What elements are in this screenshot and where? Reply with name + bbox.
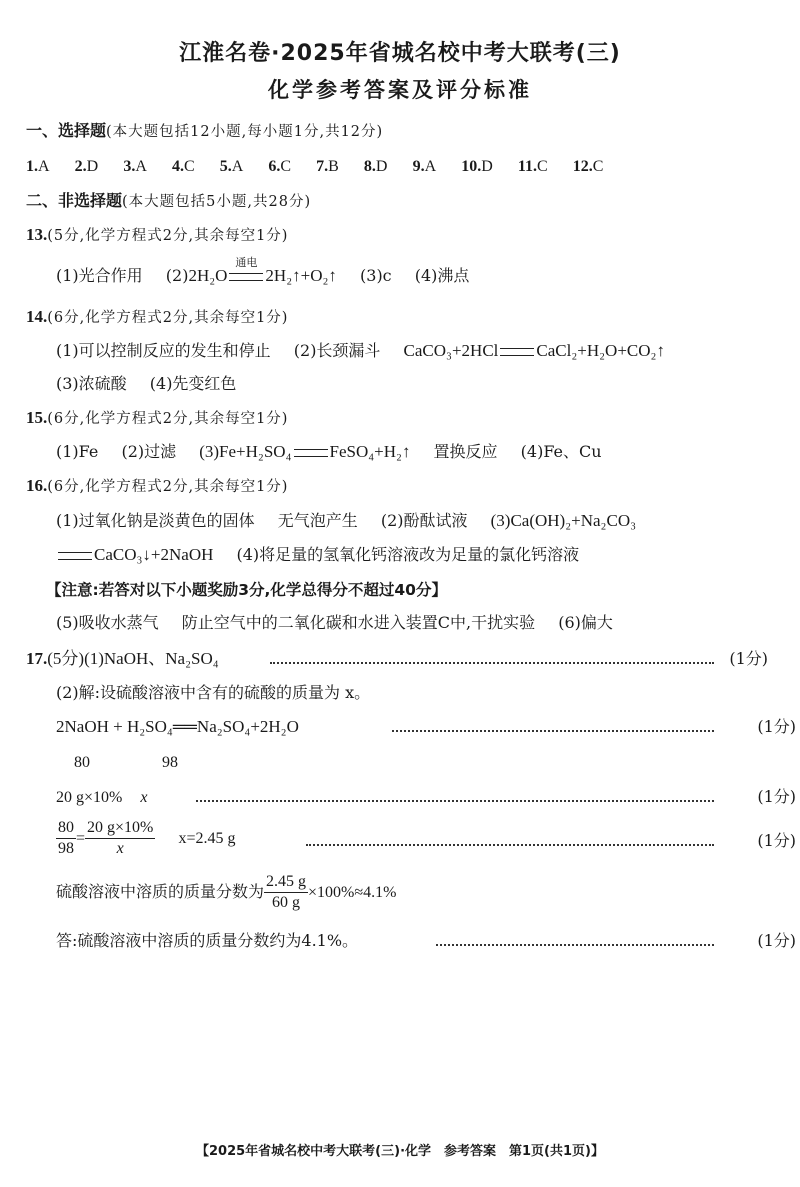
q16-answers-line3: (5)吸收水蒸气 防止空气中的二氧化碳和水进入装置C中,干扰实验 (6)偏大 [56, 612, 613, 634]
page-footer: 【2025年省城名校中考大联考(三)·化学 参考答案 第1页(共1页)】 [0, 1140, 800, 1159]
leader-dots [270, 662, 714, 664]
mc-answer: 10.D [461, 155, 493, 178]
document-subtitle: 化学参考答案及评分标准 [0, 74, 800, 104]
mc-answer: 4.C [172, 155, 195, 178]
section2-note: (本大题包括5小题,共28分) [122, 194, 311, 210]
q14-answers-line2: (3)浓硫酸 (4)先变红色 [56, 373, 236, 395]
q15-header: 15.(6分,化学方程式2分,其余每空1分) [26, 407, 288, 430]
q13-answers: (1)光合作用 (2)2H₂O通电2H₂↑+O₂↑ (3)c (4)沸点 [56, 265, 469, 287]
mass-fraction: 2.45 g60 g [264, 872, 308, 913]
mc-answer: 2.D [75, 155, 99, 178]
leader-dots [436, 944, 714, 946]
mc-answer: 12.C [573, 155, 604, 178]
q15-answers: (1)Fe (2)过滤 (3)Fe+H₂SO₄FeSO₄+H₂↑ 置换反应 (4… [56, 441, 602, 463]
mc-answer-row: 1.A 2.D 3.A 4.C 5.A 6.C 7.B 8.D 9.A 10.D… [26, 155, 623, 178]
leader-dots [392, 730, 714, 732]
equation-sign [58, 552, 92, 560]
section2-heading: 二、非选择题 [26, 191, 122, 210]
mc-answer: 3.A [123, 155, 147, 178]
q16-header: 16.(6分,化学方程式2分,其余每空1分) [26, 475, 288, 498]
section2-header: 二、非选择题(本大题包括5小题,共28分) [26, 190, 311, 213]
mc-answer: 5.A [220, 155, 244, 178]
q13-header: 13.(5分,化学方程式2分,其余每空1分) [26, 224, 288, 247]
ratio-left: 8098 [56, 818, 76, 859]
equation-sign: 通电 [229, 273, 263, 281]
mc-answer: 7.B [316, 155, 339, 178]
q17-mass-row: 20 g×10%x (1分) [56, 786, 796, 808]
q17-fraction-row: 硫酸溶液中溶质的质量分数为2.45 g60 g×100%≈4.1% [56, 872, 396, 913]
section1-heading: 一、选择题 [26, 121, 106, 140]
equation-sign [294, 449, 328, 457]
document-title: 江淮名卷·2025年省城名校中考大联考(三) [0, 36, 800, 67]
q17-part2-intro: (2)解:设硫酸溶液中含有的硫酸的质量为 x。 [56, 682, 370, 704]
mc-answer: 11.C [518, 155, 548, 178]
q17-ratio-row: 8098=20 g×10%x x=2.45 g (1分) [56, 818, 796, 864]
section1-note: (本大题包括12小题,每小题1分,共12分) [106, 124, 383, 140]
q17-answer-row: 答:硫酸溶液中溶质的质量分数约为4.1%。 (1分) [56, 930, 796, 952]
q16-answers-line2: CaCO₃↓+2NaOH (4)将足量的氢氧化钙溶液改为足量的氯化钙溶液 [56, 544, 579, 566]
q17-equation-row: 2NaOH + H₂SO₄══Na₂SO₄+2H₂O (1分) [56, 716, 796, 738]
q17-part1: 17.(5分)(1)NaOH、Na₂SO₄ (1分) [26, 648, 796, 670]
q14-answers-line1: (1)可以控制反应的发生和停止 (2)长颈漏斗 CaCO₃+2HClCaCl₂+… [56, 340, 665, 362]
q14-header: 14.(6分,化学方程式2分,其余每空1分) [26, 306, 288, 329]
ratio-right: 20 g×10%x [85, 818, 155, 859]
mr-h2so4: 98 [162, 752, 178, 774]
equation-sign [500, 348, 534, 356]
q16-answers-line1: (1)过氧化钠是淡黄色的固体 无气泡产生 (2)酚酞试液 (3)Ca(OH)₂+… [56, 510, 636, 532]
mc-answer: 6.C [268, 155, 291, 178]
mc-answer: 8.D [364, 155, 388, 178]
mr-naoh: 80 [74, 752, 90, 774]
bonus-note: 【注意:若答对以下小题奖励3分,化学总得分不超过40分】 [46, 578, 447, 600]
leader-dots [306, 844, 714, 846]
leader-dots [196, 800, 714, 802]
mc-answer: 9.A [413, 155, 437, 178]
section1-header: 一、选择题(本大题包括12小题,每小题1分,共12分) [26, 120, 383, 143]
mc-answer: 1.A [26, 155, 50, 178]
